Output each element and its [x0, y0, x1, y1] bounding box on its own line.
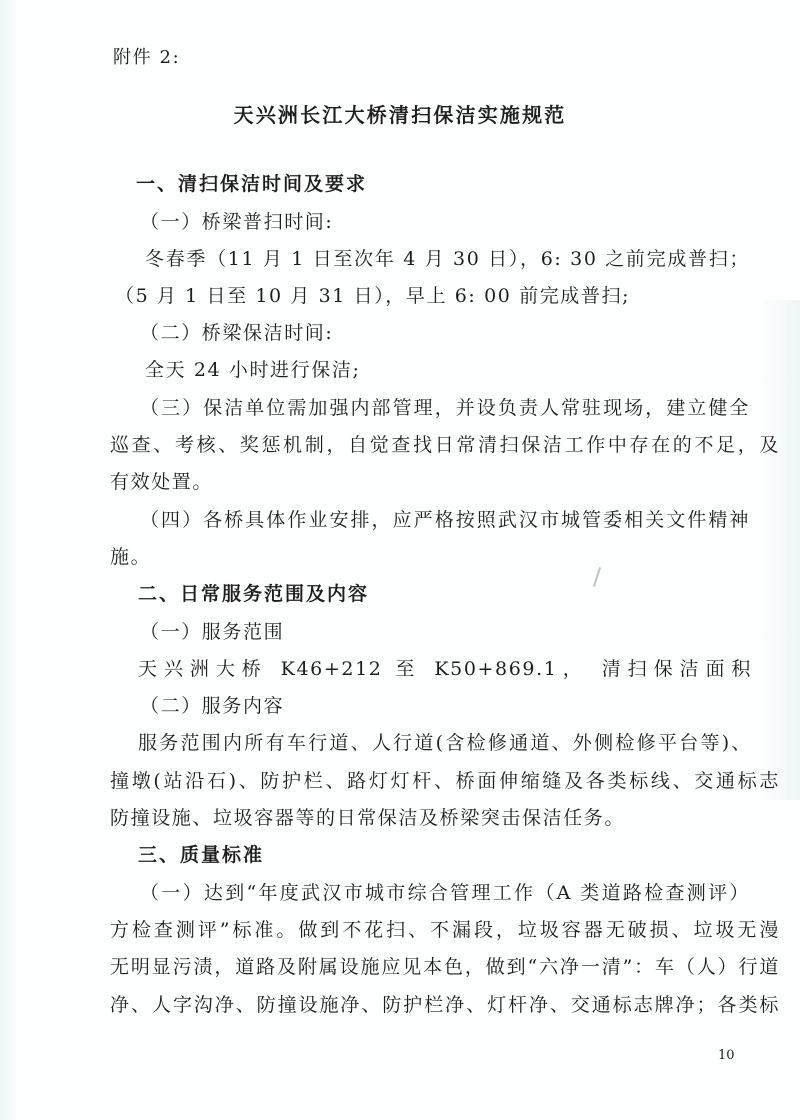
subsection-heading: （二）服务内容 — [140, 694, 284, 718]
paragraph-line: 冬春季（11 月 1 日至次年 4 月 30 日），6: 30 之前完成普扫；夏… — [145, 247, 750, 271]
paragraph-line: （5 月 1 日至 10 月 31 日），早上 6: 00 前完成普扫; — [115, 284, 630, 308]
document-page: 附件 2: 天兴洲长江大桥清扫保洁实施规范 一、清扫保洁时间及要求（一）桥梁普扫… — [0, 0, 800, 1120]
paragraph-line: （四）各桥具体作业安排，应严格按照武汉市城管委相关文件精神实 — [140, 508, 750, 532]
document-title: 天兴洲长江大桥清扫保洁实施规范 — [0, 103, 800, 127]
paragraph-line: 撞墩(站沿石)、防护栏、路灯灯杆、桥面伸缩缝及各类标线、交通标志牌、 — [110, 769, 780, 793]
scan-shadow — [760, 300, 800, 800]
page-number: 10 — [718, 1048, 735, 1063]
paragraph-line: 施。 — [110, 545, 151, 569]
paragraph-line: 方检查测评”标准。做到不花扫、不漏段，垃圾容器无破损、垃圾无漫溢、 — [110, 918, 780, 942]
paragraph-line: 天兴洲大桥 K46+212 至 K50+869.1， 清扫保洁面积 131310… — [138, 657, 752, 681]
subsection-heading: （一）桥梁普扫时间: — [140, 210, 333, 234]
paragraph-line: 有效处置。 — [110, 470, 213, 494]
paragraph-line: 无明显污渍，道路及附属设施应见本色，做到“六净一清”：车（人）行道 — [110, 955, 780, 979]
paragraph-line: （三）保洁单位需加强内部管理，并设负责人常驻现场，建立健全内部 — [140, 396, 750, 420]
section-heading: 二、日常服务范围及内容 — [138, 582, 369, 606]
subsection-heading: （二）桥梁保洁时间: — [140, 321, 333, 345]
attachment-label: 附件 2: — [113, 46, 180, 70]
paragraph-line: 防撞设施、垃圾容器等的日常保洁及桥梁突击保洁任务。 — [110, 806, 625, 830]
subsection-heading: （一）服务范围 — [140, 620, 284, 644]
paragraph-line: 服务范围内所有车行道、人行道(含检修通道、外侧检修平台等)、防 — [138, 731, 752, 755]
section-heading: 三、质量标准 — [138, 843, 264, 867]
paragraph-line: 净、人字沟净、防撞设施净、防护栏净、灯杆净、交通标志牌净；各类标 — [110, 993, 780, 1017]
paragraph-line: 全天 24 小时进行保洁; — [145, 358, 360, 382]
scan-mark — [593, 567, 601, 587]
paragraph-line: 巡查、考核、奖惩机制，自觉查找日常清扫保洁工作中存在的不足，及时、 — [110, 433, 780, 457]
scan-edge — [0, 0, 16, 1120]
paragraph-line: （一）达到“年度武汉市城市综合管理工作（A 类道路检查测评）第三 — [140, 881, 750, 905]
section-heading: 一、清扫保洁时间及要求 — [136, 172, 367, 196]
